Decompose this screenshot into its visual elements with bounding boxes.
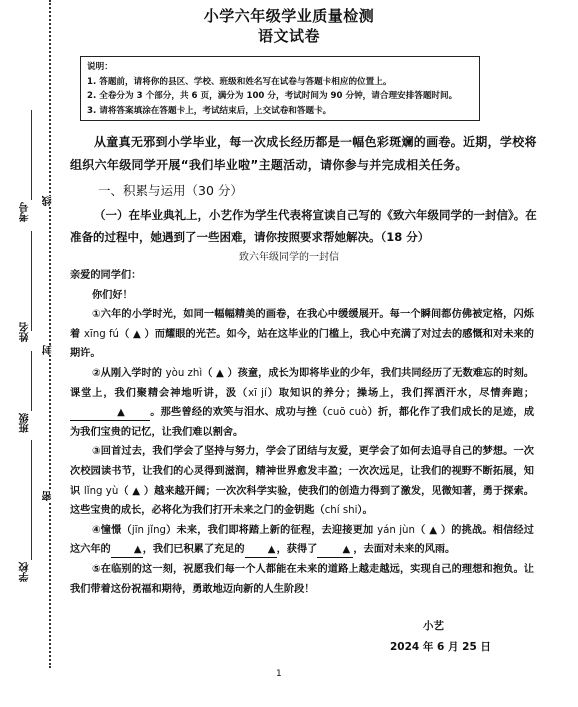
- letter-greeting: 你们好！: [70, 286, 534, 306]
- pinyin-prompt: xīng fú: [84, 329, 119, 340]
- school-field-line: [31, 440, 32, 560]
- letter-paragraph-1: ①六年的小学时光，如同一幅幅精美的画卷，在我心中缓缓展开。每一个瞬间都仿佛被定格…: [70, 305, 534, 364]
- answer-blank: ▲: [245, 543, 277, 558]
- text: （ ▲ ）而耀眼的光芒。如今，站在这毕业的门槛上，我心中充满了对过去的感慨和对未…: [70, 329, 534, 360]
- exam-title: 小学六年级学业质量检测: [0, 5, 578, 26]
- exam-number-field-line: [31, 110, 32, 200]
- answer-blank: ▲: [111, 543, 143, 558]
- task-instructions: （一）在毕业典礼上，小艺作为学生代表将宣读自己写的《致六年级同学的一封信》。在准…: [70, 204, 540, 248]
- blank-marker-icon: ▲: [343, 544, 351, 555]
- instructions-heading: 说明：: [87, 60, 473, 75]
- school-label: 学校: [20, 562, 32, 582]
- text: ）未来，我们即将踏上新的征程，去迎接更加: [166, 525, 377, 536]
- letter-date: 2024 年 6 月 25 日: [390, 639, 491, 654]
- seal-char-seal: 封: [43, 345, 55, 355]
- letter-paragraph-3: ③回首过去，我们学会了坚持与努力，学会了团结与友爱，更学会了如何去追寻自己的梦想…: [70, 442, 534, 520]
- exam-number-label: 考号: [20, 202, 32, 222]
- answer-blank: ▲: [70, 406, 150, 421]
- pinyin-prompt: xī jí: [248, 388, 267, 399]
- instructions-box: 说明： 1. 答题前，请将你的县区、学校、班级和姓名写在试卷与答题卡相应的位置上…: [80, 56, 480, 121]
- instruction-item: 3. 请将答案填涂在答题卡上，考试结束后，上交试卷和答题卡。: [87, 104, 473, 119]
- exam-subject: 语文试卷: [0, 25, 578, 46]
- pinyin-prompt: yòu zhì: [166, 368, 203, 379]
- letter-paragraph-5: ⑤在临别的这一刻，祝愿我们每一个人都能在未来的道路上越走越远，实现自己的理想和抱…: [70, 560, 534, 599]
- instruction-item: 1. 答题前，请将你的县区、学校、班级和姓名写在试卷与答题卡相应的位置上。: [87, 75, 473, 90]
- text: ，去面对未来的风雨。: [353, 544, 455, 555]
- pinyin-prompt: cuō cuò: [327, 407, 367, 418]
- pinyin-prompt: yán jùn: [377, 525, 415, 536]
- seal-char-secret: 密: [43, 491, 55, 501]
- intro-paragraph: 从童真无邪到小学毕业，每一次成长经历都是一幅色彩斑斓的画卷。近期，学校将组织六年…: [70, 131, 540, 177]
- letter-paragraph-2: ②从刚入学时的 yòu zhì（ ▲ ）孩童，成长为即将毕业的少年，我们共同经历…: [70, 364, 534, 442]
- page-number: 1: [276, 669, 282, 679]
- class-field-line-top: [31, 351, 32, 411]
- section-heading: 一、积累与运用（30 分）: [98, 181, 243, 199]
- letter-body: 亲爱的同学们： 你们好！ ①六年的小学时光，如同一幅幅精美的画卷，在我心中缓缓展…: [70, 266, 534, 599]
- class-label: 班级: [20, 413, 32, 433]
- answer-blank: ▲: [317, 543, 353, 558]
- letter-title: 致六年级同学的一封信: [0, 248, 578, 263]
- text: ④憧憬（: [92, 525, 132, 536]
- instruction-item: 2. 全卷分为 3 个部分，共 6 页，满分为 100 分，考试时间为 90 分…: [87, 89, 473, 104]
- binding-dotted-line: [49, 0, 51, 668]
- text: （ ▲ ）越来越开阔；一次次科学实验，使我们的创造力得到了激发，见微知著，勇于探…: [70, 486, 534, 517]
- blank-marker-icon: ▲: [117, 407, 125, 418]
- letter-salutation: 亲爱的同学们：: [70, 266, 534, 286]
- pinyin-prompt: chí shi: [325, 505, 358, 516]
- pinyin-prompt: jīn jǐng: [132, 525, 166, 536]
- name-label: 姓名: [20, 322, 32, 342]
- text: ）。: [357, 505, 372, 516]
- blank-marker-icon: ▲: [134, 544, 142, 555]
- text: ，获得了: [277, 544, 318, 555]
- blank-marker-icon: ▲: [268, 544, 276, 555]
- letter-signature: 小艺: [423, 618, 444, 633]
- text: 。那些曾经的欢笑与泪水、成功与挫（: [150, 407, 327, 418]
- letter-paragraph-4: ④憧憬（jīn jǐng）未来，我们即将踏上新的征程，去迎接更加 yán jùn…: [70, 521, 534, 560]
- seal-char-line: 线: [43, 196, 55, 206]
- text: ②从刚入学时的: [92, 368, 166, 379]
- text: ）取知识的养分；操场上，我们挥洒汗水，尽情奔跑；: [267, 388, 534, 399]
- name-field-line: [31, 231, 32, 331]
- text: ，我们已积累了充足的: [143, 544, 245, 555]
- pinyin-prompt: lǐng yù: [84, 486, 118, 497]
